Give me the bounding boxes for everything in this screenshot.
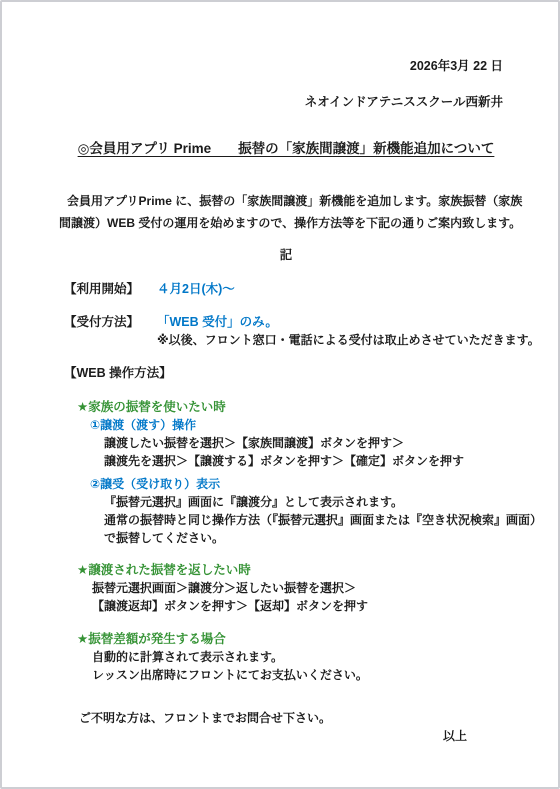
subsection-receive-display: ②譲受（受け取り）表示 『振替元選択』画面に『譲渡分』として表示されます。 通常… [59, 475, 513, 547]
info-note-reception-method: ※以後、フロント窓口・電話による受付は取止めさせていただきます。 [157, 331, 540, 349]
document-title: ◎会員用アプリ Prime 振替の「家族間譲渡」新機能追加について [59, 139, 513, 159]
record-marker: 記 [59, 246, 513, 264]
intro-line-1: 会員用アプリPrime に、振替の「家族間譲渡」新機能を追加します。家族振替（家… [59, 190, 513, 212]
info-label-start-date: 【利用開始】 [64, 280, 157, 298]
intro-paragraph: 会員用アプリPrime に、振替の「家族間譲渡」新機能を追加します。家族振替（家… [59, 190, 513, 234]
instruction-line: 振替元選択画面＞譲渡分＞返したい振替を選択＞ [92, 579, 513, 597]
section-heading: ★振替差額が発生する場合 [77, 630, 513, 648]
info-value-start-date: ４月2日(木)～ [157, 280, 513, 298]
instruction-line: レッスン出席時にフロントにてお支払いください。 [92, 666, 513, 684]
info-row-reception-method: 【受付方法】 「WEB 受付」のみ。 ※以後、フロント窓口・電話による受付は取止… [64, 313, 513, 349]
instruction-line: 通常の振替時と同じ操作方法（『振替元選択』画面または『空き状況検索』画面） [104, 511, 513, 529]
instruction-line: 『振替元選択』画面に『譲渡分』として表示されます。 [104, 493, 513, 511]
subsection-title: ①譲渡（渡す）操作 [90, 416, 513, 434]
intro-line-2: 間譲渡）WEB 受付の運用を始めますので、操作方法等を下記の通りご案内致します。 [59, 212, 513, 234]
document-date: 2026年3月 22 日 [59, 57, 503, 75]
instruction-line: 【譲渡返却】ボタンを押す＞【返却】ボタンを押す [92, 597, 513, 615]
info-label-reception-method: 【受付方法】 [64, 313, 157, 349]
web-operations-heading: 【WEB 操作方法】 [64, 364, 513, 382]
section-use-family-transfer: ★家族の振替を使いたい時 ①譲渡（渡す）操作 譲渡したい振替を選択＞【家族間譲渡… [59, 398, 513, 547]
info-value-wrap: ４月2日(木)～ [157, 280, 513, 298]
subsection-give-operation: ①譲渡（渡す）操作 譲渡したい振替を選択＞【家族間譲渡】ボタンを押す＞ 譲渡先を… [59, 416, 513, 470]
section-heading: ★譲渡された振替を返したい時 [77, 561, 513, 579]
info-value-reception-method: 「WEB 受付」のみ。 [157, 313, 540, 331]
info-value-wrap: 「WEB 受付」のみ。 ※以後、フロント窓口・電話による受付は取止めさせていただ… [157, 313, 540, 349]
instruction-line: 譲渡先を選択＞【譲渡する】ボタンを押す＞【確定】ボタンを押す [104, 452, 513, 470]
instruction-line: 譲渡したい振替を選択＞【家族間譲渡】ボタンを押す＞ [104, 434, 513, 452]
section-price-difference: ★振替差額が発生する場合 自動的に計算されて表示されます。 レッスン出席時にフロ… [59, 630, 513, 684]
closing-marker: 以上 [59, 727, 467, 745]
document-page: 2026年3月 22 日 ネオインドアテニススクール西新井 ◎会員用アプリ Pr… [0, 0, 560, 789]
section-heading: ★家族の振替を使いたい時 [77, 398, 513, 416]
contact-note: ご不明な方は、フロントまでお問合せ下さい。 [79, 709, 513, 727]
subsection-title: ②譲受（受け取り）表示 [90, 475, 513, 493]
organization-name: ネオインドアテニススクール西新井 [59, 93, 503, 111]
instruction-line: で振替してください。 [104, 529, 513, 547]
section-return-transfer: ★譲渡された振替を返したい時 振替元選択画面＞譲渡分＞返したい振替を選択＞ 【譲… [59, 561, 513, 615]
instruction-line: 自動的に計算されて表示されます。 [92, 648, 513, 666]
info-row-start-date: 【利用開始】 ４月2日(木)～ [64, 280, 513, 298]
